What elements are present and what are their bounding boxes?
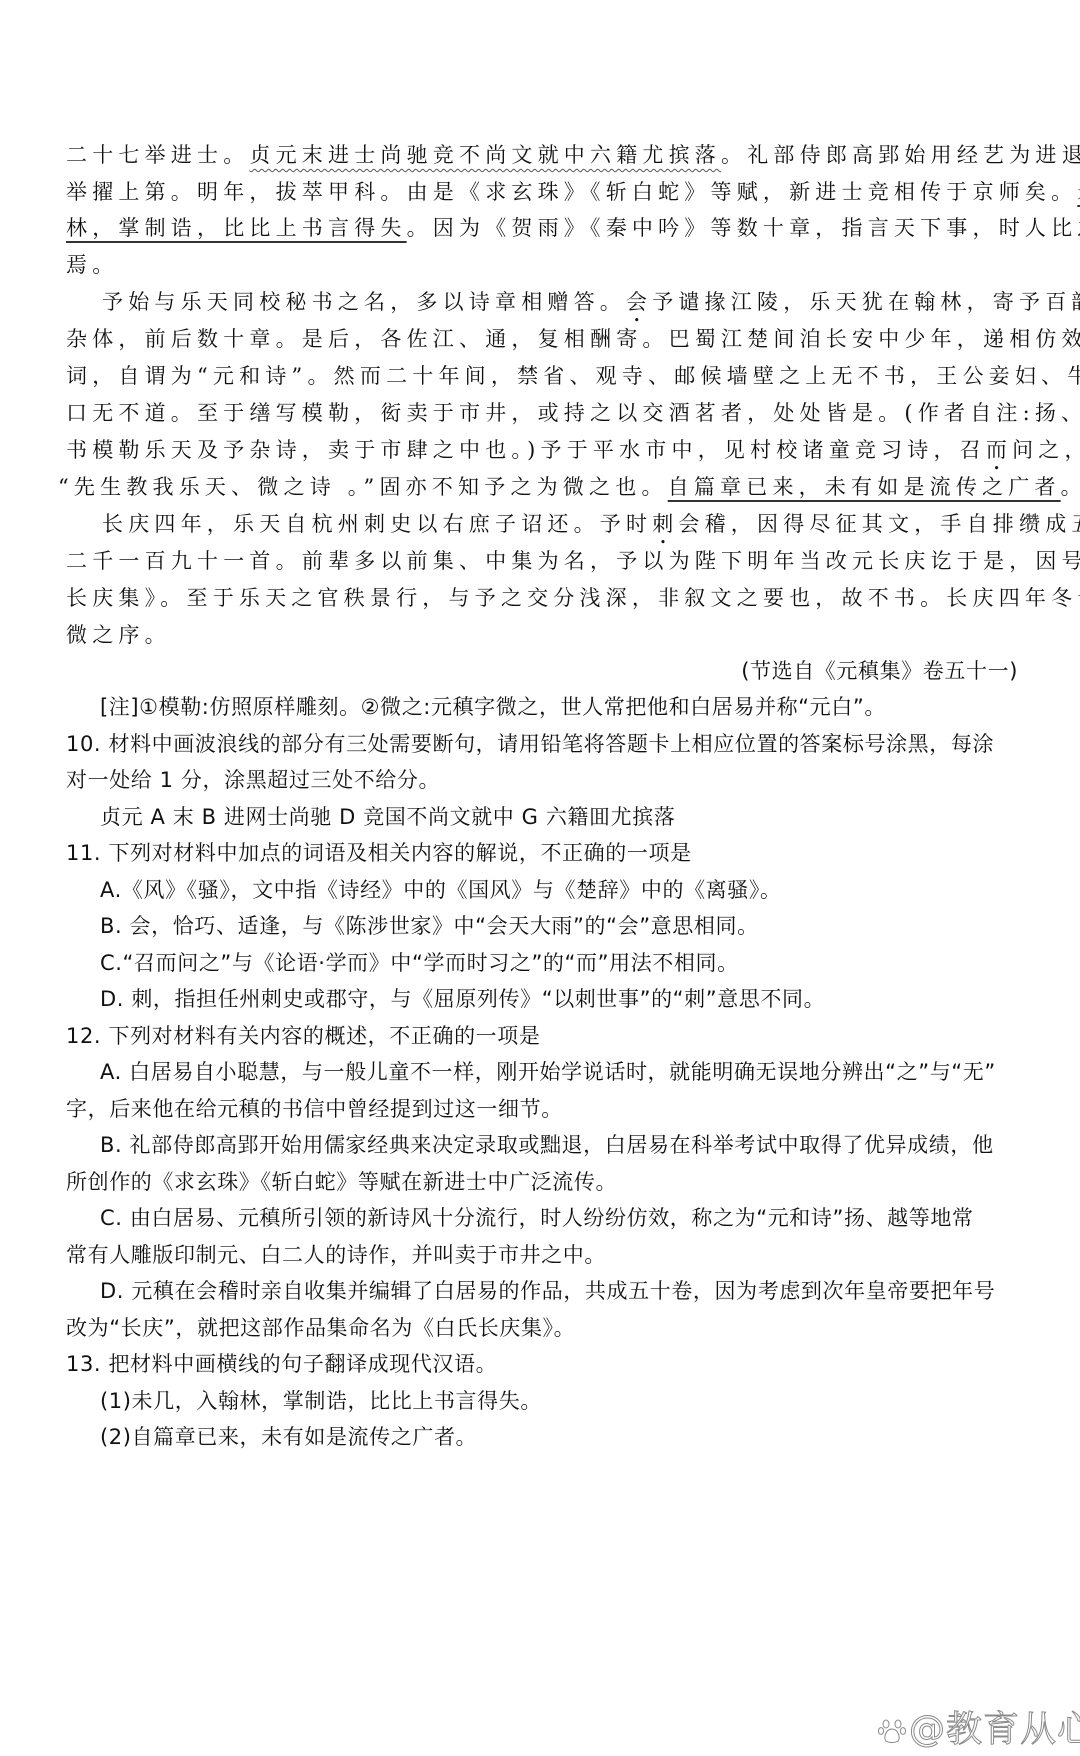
- passage-line: 词，自谓为“元和诗”。然而二十年间，禁省、观寺、邮候墙壁之上无不书，王公妾妇、牛…: [66, 362, 1026, 390]
- passage-source: (节选自《元稹集》卷五十一): [741, 657, 1018, 685]
- passage-line: 杂体，前后数十章。是后，各佐江、通，复相酬寄。巴蜀江楚间洎长安中少年，递相仿效，…: [66, 325, 1026, 353]
- question-11-option-c: C.“召而问之”与《论语·学而》中“学而时习之”的“而”用法不相同。: [100, 949, 1060, 977]
- emphasis-dot-char: 刺: [652, 512, 678, 536]
- passage-note: [注]①模勒:仿照原样雕刻。②微之:元稹字微之，世人常把他和白居易并称“元白”。: [100, 693, 1060, 721]
- question-12-option-c: C. 由白居易、元稹所引领的新诗风十分流行，时人纷纷仿效，称之为“元和诗”扬、越…: [100, 1204, 1060, 1232]
- passage-line: 焉。: [66, 251, 1026, 279]
- question-13-sentence-2: (2)自篇章已来，未有如是流传之广者。: [100, 1423, 1060, 1451]
- question-12-option-c: 常有人雕版印制元、白二人的诗作，并叫卖于市井之中。: [66, 1241, 1026, 1269]
- watermark: @教育从心: [877, 1710, 1080, 1750]
- exam-page: 二十七举进士。贞元末进士尚驰竞不尚文就中六籍尤摈落。礼部侍郎高郢始用经艺为进退，…: [0, 0, 1080, 1756]
- passage-line: 举擢上第。明年，拔萃甲科。由是《求玄珠》《斩白蛇》等赋，新进士竞相传于京师矣。未…: [66, 178, 1026, 206]
- question-11-option-b: B. 会，恰巧、适逢，与《陈涉世家》中“会天大雨”的“会”意思相同。: [100, 912, 1060, 940]
- question-12-option-b: B. 礼部侍郎高郢开始用儒家经典来决定录取或黜退，白居易在科举考试中取得了优异成…: [100, 1131, 1060, 1159]
- question-10-stem: 对一处给 1 分，涂黑超过三处不给分。: [66, 766, 1026, 794]
- question-11-stem: 11. 下列对材料中加点的词语及相关内容的解说，不正确的一项是: [66, 839, 1026, 867]
- passage-line: 予始与乐天同校秘书之名，多以诗章相赠答。会予谴掾江陵，乐天犹在翰林，寄予百韵律诗…: [102, 288, 1062, 327]
- underlined-sentence-2: 自篇章已来，未有如是流传之广者: [668, 475, 1061, 499]
- passage-line: 口无不道。至于缮写模勒，衒卖于市井，或持之以交酒茗者，处处皆是。(作者自注:扬、…: [66, 399, 1026, 427]
- emphasis-dot-char: 会: [626, 290, 652, 314]
- baidu-paw-icon: [877, 1716, 907, 1746]
- passage-line: 长庆集》。至于乐天之官秩景行，与予之交分浅深，非叙文之要也，故不书。长庆四年冬十…: [66, 584, 1026, 612]
- question-10-options: 贞元 A 末 B 进网士尚驰 D 竞国不尚文就中 G 六籍囬尤摈落: [100, 803, 1060, 831]
- question-10-stem: 10. 材料中画波浪线的部分有三处需要断句，请用铅笔将答题卡上相应位置的答案标号…: [66, 730, 1026, 758]
- watermark-text: @教育从心: [909, 1709, 1080, 1750]
- question-13-sentence-1: (1)未几，入翰林，掌制诰，比比上书言得失。: [100, 1387, 1060, 1415]
- passage-line: 长庆四年，乐天自杭州刺史以右庶子诏还。予时刺会稽，因得尽征其文，手自排缵成五十卷…: [102, 510, 1062, 549]
- question-13-stem: 13. 把材料中画横线的句子翻译成现代汉语。: [66, 1350, 1026, 1378]
- question-12-option-a: 字，后来他在给元稹的书信中曾经提到过这一细节。: [66, 1095, 1026, 1123]
- question-11-option-a: A.《风》《骚》，文中指《诗经》中的《国风》与《楚辞》中的《离骚》。: [100, 876, 1060, 904]
- passage-line: 二十七举进士。贞元末进士尚驰竞不尚文就中六籍尤摈落。礼部侍郎高郢始用经艺为进退，…: [66, 141, 1026, 169]
- passage-line: “先生教我乐天、微之诗 。”固亦不知予之为微之也。自篇章已来，未有如是流传之广者…: [58, 473, 1018, 501]
- question-12-option-d: D. 元稹在会稽时亲自收集并编辑了白居易的作品，共成五十卷，因为考虑到次年皇帝要…: [100, 1277, 1060, 1305]
- question-12-option-b: 所创作的《求玄珠》《斩白蛇》等赋在新进士中广泛流传。: [66, 1168, 1026, 1196]
- passage-line: 书模勒乐天及予杂诗，卖于市肆之中也。)予于平水市中，见村校诸童竞习诗，召而问之，…: [66, 436, 1026, 475]
- question-12-option-a: A. 白居易自小聪慧，与一般儿童不一样，刚开始学说话时，就能明确无误地分辨出“之…: [100, 1058, 1060, 1086]
- passage-line: 林，掌制诰，比比上书言得失。因为《贺雨》《秦中吟》等数十章，指言天下事，时人比之…: [66, 214, 1026, 253]
- emphasis-dot-char: 而: [986, 438, 1012, 462]
- passage-line: 微之序。: [66, 621, 1026, 649]
- question-12-option-d: 改为“长庆”，就把这部作品集命名为《白氏长庆集》。: [66, 1314, 1026, 1342]
- question-12-stem: 12. 下列对材料有关内容的概述，不正确的一项是: [66, 1022, 1026, 1050]
- passage-line: 二千一百九十一首。前辈多以前集、中集为名，予以为陛下明年当改元长庆讫于是，因号曰…: [66, 547, 1026, 575]
- wavy-underlined-text: 贞元末进士尚驰竞不尚文就中六籍尤摈落: [249, 143, 721, 167]
- question-11-option-d: D. 刺，指担任州刺史或郡守，与《屈原列传》“以刺世事”的“刺”意思不同。: [100, 985, 1060, 1013]
- underlined-sentence-1: 林，掌制诰，比比上书言得失: [66, 216, 407, 240]
